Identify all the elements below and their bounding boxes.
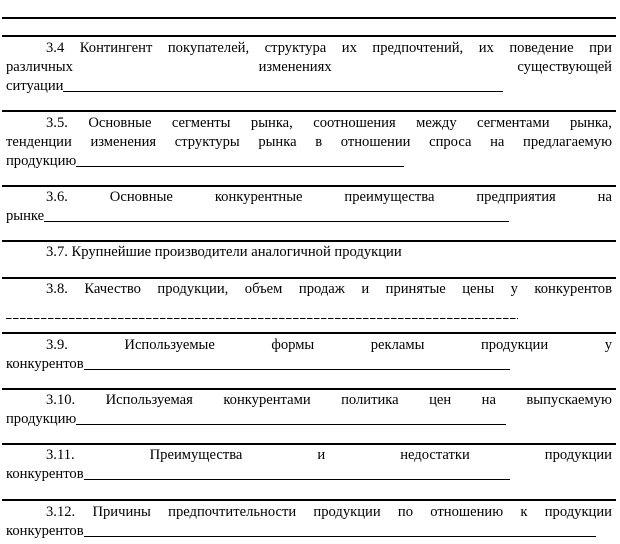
text-word: продукции [481, 336, 548, 355]
text-line: продукцию [6, 152, 612, 171]
text-word: Используемая [106, 391, 193, 410]
text-word: и [317, 446, 325, 465]
text-line: 3.10.Используемаяконкурентамиполитикацен… [6, 391, 612, 410]
text-word: отношению [430, 503, 503, 522]
horizontal-rule [2, 443, 616, 445]
text-word: структуры [175, 133, 240, 152]
text-word: Причины [92, 503, 150, 522]
text-word: рынка [258, 133, 296, 152]
text-line: 3.12.Причиныпредпочтительностипродукциип… [6, 503, 612, 522]
text-line: 3.6.Основныеконкурентныепреимуществапред… [6, 188, 612, 207]
text-word: 3.6. [46, 188, 68, 207]
text-line: 3.5.Основныесегментырынка,соотношениямеж… [6, 114, 612, 133]
text-word: продукции, [157, 280, 228, 299]
text-word: конкурентов [6, 355, 84, 374]
text-word: покупателей, [168, 39, 249, 58]
answer-blank-field[interactable] [76, 152, 404, 167]
text-word: существующей [517, 58, 612, 77]
text-word: конкурентами [223, 391, 310, 410]
text-line: 3.4Контингентпокупателей,структураихпред… [6, 39, 612, 58]
text-word: предлагаемую [523, 133, 612, 152]
text-word: принятые [386, 280, 446, 299]
text-word: Основные [110, 188, 173, 207]
text-word: спроса [429, 133, 471, 152]
answer-blank-field[interactable] [84, 522, 596, 537]
text-word: их [342, 39, 357, 58]
section-3-5: 3.5.Основныесегментырынка,соотношениямеж… [6, 114, 612, 171]
text-word: различных [6, 58, 73, 77]
text-line: 3.9.Используемыеформырекламыпродукцииу [6, 336, 612, 355]
text-line: конкурентов [6, 355, 612, 374]
text-word: предпочтений, [372, 39, 463, 58]
text-word: на [598, 188, 612, 207]
answer-blank-field[interactable] [44, 207, 509, 222]
text-word: конкурентов [534, 280, 612, 299]
text-word: Качество [84, 280, 141, 299]
text-line: 3.11.Преимуществаинедостаткипродукции [6, 446, 612, 465]
section-3-11: 3.11.Преимуществаинедостаткипродукциикон… [6, 446, 612, 484]
text-word: цены [462, 280, 494, 299]
text-word: рынка, [570, 114, 612, 133]
horizontal-rule [2, 388, 616, 390]
text-word: к [520, 503, 527, 522]
horizontal-rule [2, 110, 616, 112]
text-line: различныхизмененияхсуществующей [6, 58, 612, 77]
answer-blank-field[interactable] [76, 410, 506, 425]
horizontal-rule [2, 240, 616, 242]
text-word: предпочтительности [168, 503, 296, 522]
section-3-9: 3.9.Используемыеформырекламыпродукцииуко… [6, 336, 612, 374]
text-word: сегменты [172, 114, 231, 133]
horizontal-rule [2, 499, 616, 501]
text-word: 3.11. [46, 446, 75, 465]
text-word: структура [265, 39, 327, 58]
text-word: 3.8. [46, 280, 68, 299]
text-word: 3.4 [46, 39, 64, 58]
text-word: по [398, 503, 413, 522]
section-3-4: 3.4Контингентпокупателей,структураихпред… [6, 39, 612, 96]
text-word: их [479, 39, 494, 58]
text-word: выпускаемую [526, 391, 612, 410]
text-word: продукцию [6, 152, 76, 171]
answer-blank-field[interactable] [84, 465, 510, 480]
text-word: 3.7. Крупнейшие производители аналогично… [46, 243, 402, 262]
text-line: тенденцииизмененияструктурырынкавотношен… [6, 133, 612, 152]
text-line: ситуации [6, 77, 612, 96]
horizontal-rule [2, 277, 616, 279]
text-word: у [511, 280, 518, 299]
text-word: на [490, 133, 504, 152]
text-word: изменениях [259, 58, 332, 77]
text-word: политика [341, 391, 399, 410]
text-word: Используемые [124, 336, 214, 355]
text-word: изменения [90, 133, 156, 152]
text-word: продукции [545, 446, 612, 465]
section-3-6: 3.6.Основныеконкурентныепреимуществапред… [6, 188, 612, 226]
text-word: конкурентные [215, 188, 303, 207]
text-word: Основные [88, 114, 151, 133]
text-word: 3.9. [46, 336, 68, 355]
text-word: ситуации [6, 77, 63, 96]
answer-blank-field[interactable] [6, 305, 518, 319]
text-word: конкурентов [6, 522, 84, 541]
text-word: продукции [545, 503, 612, 522]
text-word: объем [245, 280, 283, 299]
text-word: недостатки [400, 446, 470, 465]
text-word: тенденции [6, 133, 72, 152]
text-word: рынка, [251, 114, 293, 133]
text-word: преимущества [344, 188, 434, 207]
text-line: продукцию [6, 410, 612, 429]
text-word: поведение [509, 39, 573, 58]
text-word: продаж [299, 280, 345, 299]
text-line: конкурентов [6, 465, 612, 484]
text-word: между [416, 114, 457, 133]
text-word: и [361, 280, 369, 299]
text-word: у [605, 336, 612, 355]
horizontal-rule [2, 332, 616, 334]
text-word: продукцию [6, 410, 76, 429]
horizontal-rule [2, 35, 616, 37]
section-3-7: 3.7. Крупнейшие производители аналогично… [6, 243, 612, 262]
text-word: рекламы [371, 336, 425, 355]
text-word: в [315, 133, 322, 152]
text-word: отношении [341, 133, 411, 152]
section-3-12: 3.12.Причиныпредпочтительностипродукциип… [6, 503, 612, 541]
text-line: 3.7. Крупнейшие производители аналогично… [6, 243, 612, 262]
text-word: при [589, 39, 612, 58]
answer-blank-field[interactable] [63, 77, 503, 92]
text-word: цен [429, 391, 451, 410]
text-word: продукции [313, 503, 380, 522]
text-line: конкурентов [6, 522, 612, 541]
horizontal-rule [2, 185, 616, 187]
text-word: 3.10. [46, 391, 75, 410]
text-word: формы [271, 336, 314, 355]
text-word: предприятия [476, 188, 555, 207]
text-word: рынке [6, 207, 44, 226]
text-word: конкурентов [6, 465, 84, 484]
section-3-8: 3.8.Качествопродукции,объемпродажипринят… [6, 280, 612, 324]
text-word: Преимущества [150, 446, 243, 465]
text-word: сегментами [477, 114, 550, 133]
text-line: 3.8.Качествопродукции,объемпродажипринят… [6, 280, 612, 299]
text-word: 3.12. [46, 503, 75, 522]
text-word: на [482, 391, 496, 410]
text-line: рынке [6, 207, 612, 226]
text-line [6, 305, 612, 324]
text-word: 3.5. [46, 114, 68, 133]
horizontal-rule [2, 17, 616, 19]
section-3-10: 3.10.Используемаяконкурентамиполитикацен… [6, 391, 612, 429]
answer-blank-field[interactable] [84, 355, 510, 370]
text-word: Контингент [80, 39, 153, 58]
text-word: соотношения [313, 114, 395, 133]
